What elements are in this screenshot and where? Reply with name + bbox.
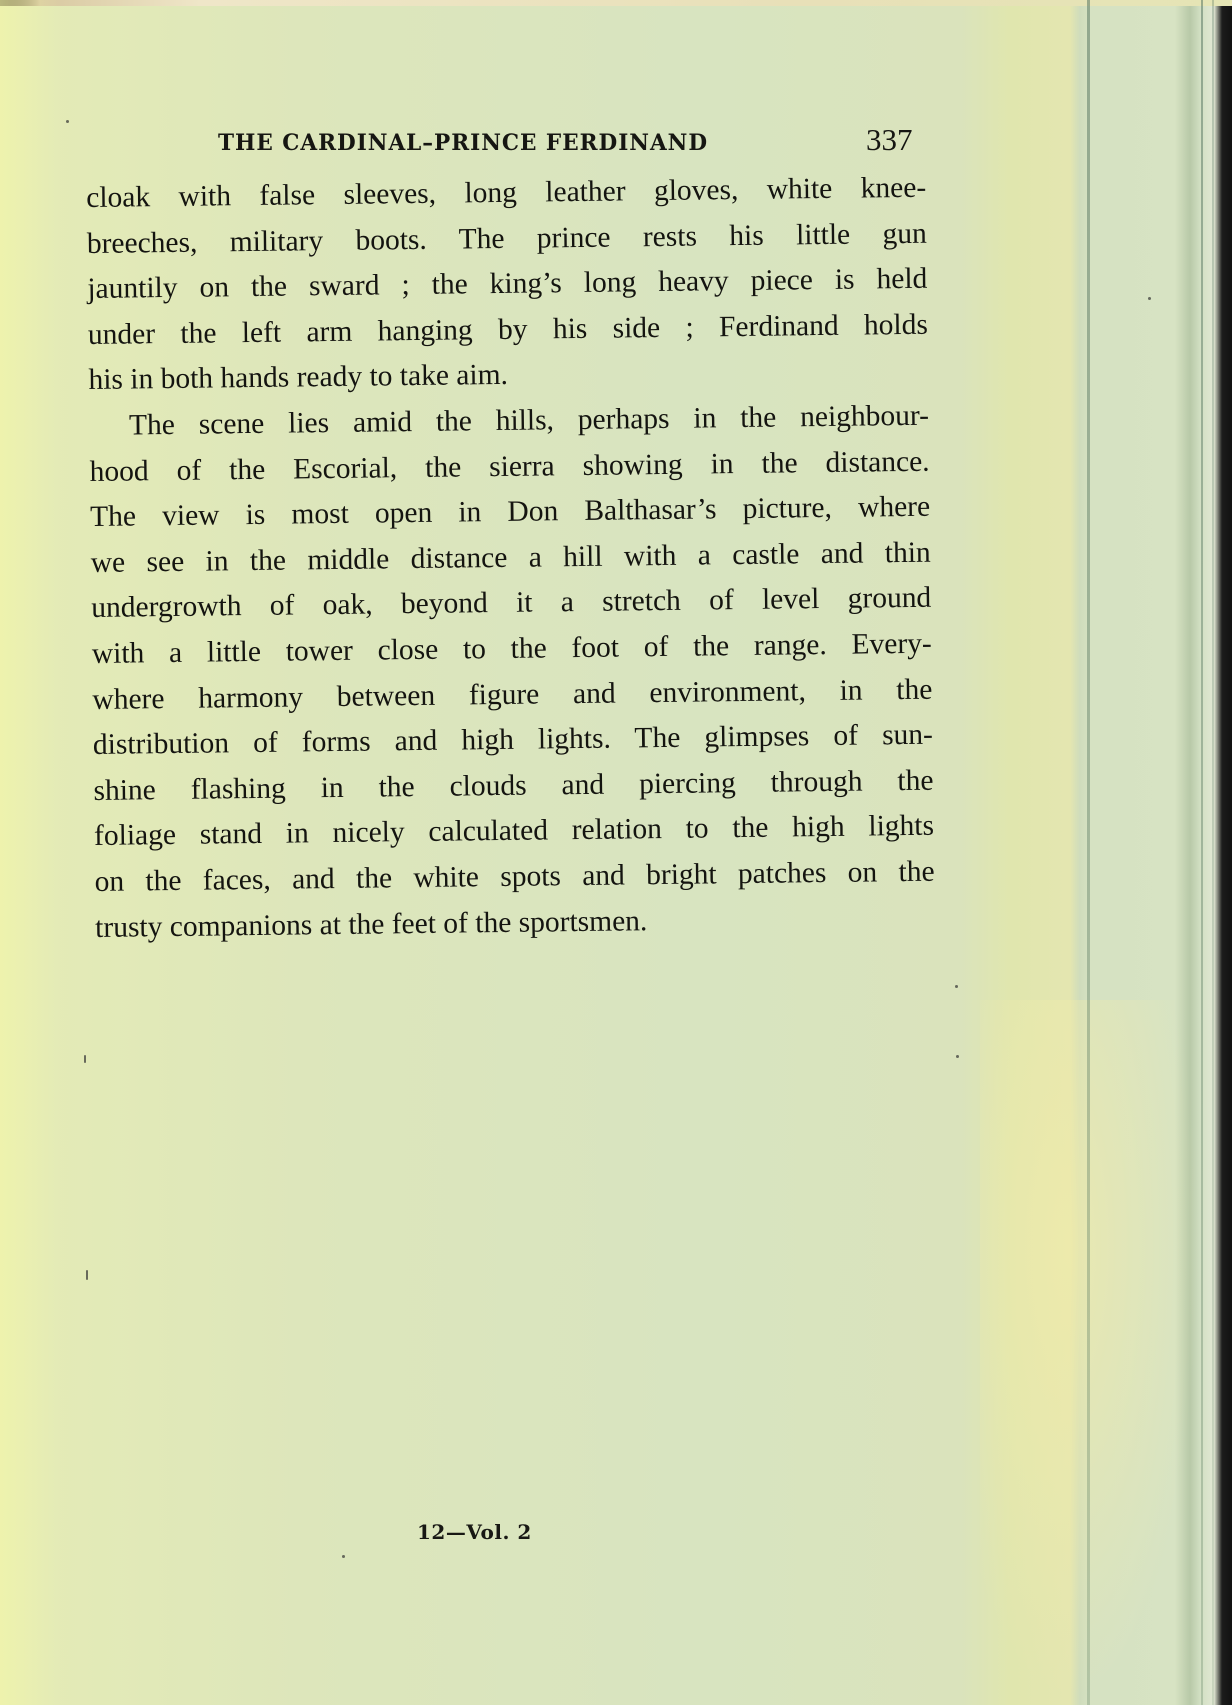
gutter-fold-line [1087, 0, 1090, 1705]
paper-speck [956, 1055, 959, 1058]
paper-speck [955, 985, 958, 988]
running-head: THE CARDINAL–PRINCE FERDINAND 337 [218, 122, 918, 162]
book-page: THE CARDINAL–PRINCE FERDINAND 337 cloak … [0, 0, 1232, 1705]
running-head-title: THE CARDINAL–PRINCE FERDINAND [218, 130, 708, 156]
body-text: cloak with false sleeves, long leather g… [86, 166, 935, 951]
page-top-edge [0, 0, 1232, 6]
gutter-edge-line [1201, 0, 1203, 1705]
page-edge-line [1212, 0, 1214, 1705]
paper-speck [342, 1555, 345, 1558]
paragraph-2: The scene lies amid the hills, perhaps i… [89, 394, 936, 951]
paper-speck [86, 1270, 88, 1280]
paper-speck [84, 1055, 86, 1063]
page-left-shading [0, 0, 60, 1705]
paragraph-1: cloak with false sleeves, long leather g… [86, 166, 929, 404]
paper-speck [66, 120, 69, 123]
text-line: trusty companions at the feet of the spo… [95, 895, 935, 951]
signature-mark: 12—Vol. 2 [417, 1520, 532, 1544]
paper-speck [1148, 297, 1151, 300]
page-number: 337 [866, 122, 913, 158]
gutter-highlight [980, 1000, 1200, 1705]
